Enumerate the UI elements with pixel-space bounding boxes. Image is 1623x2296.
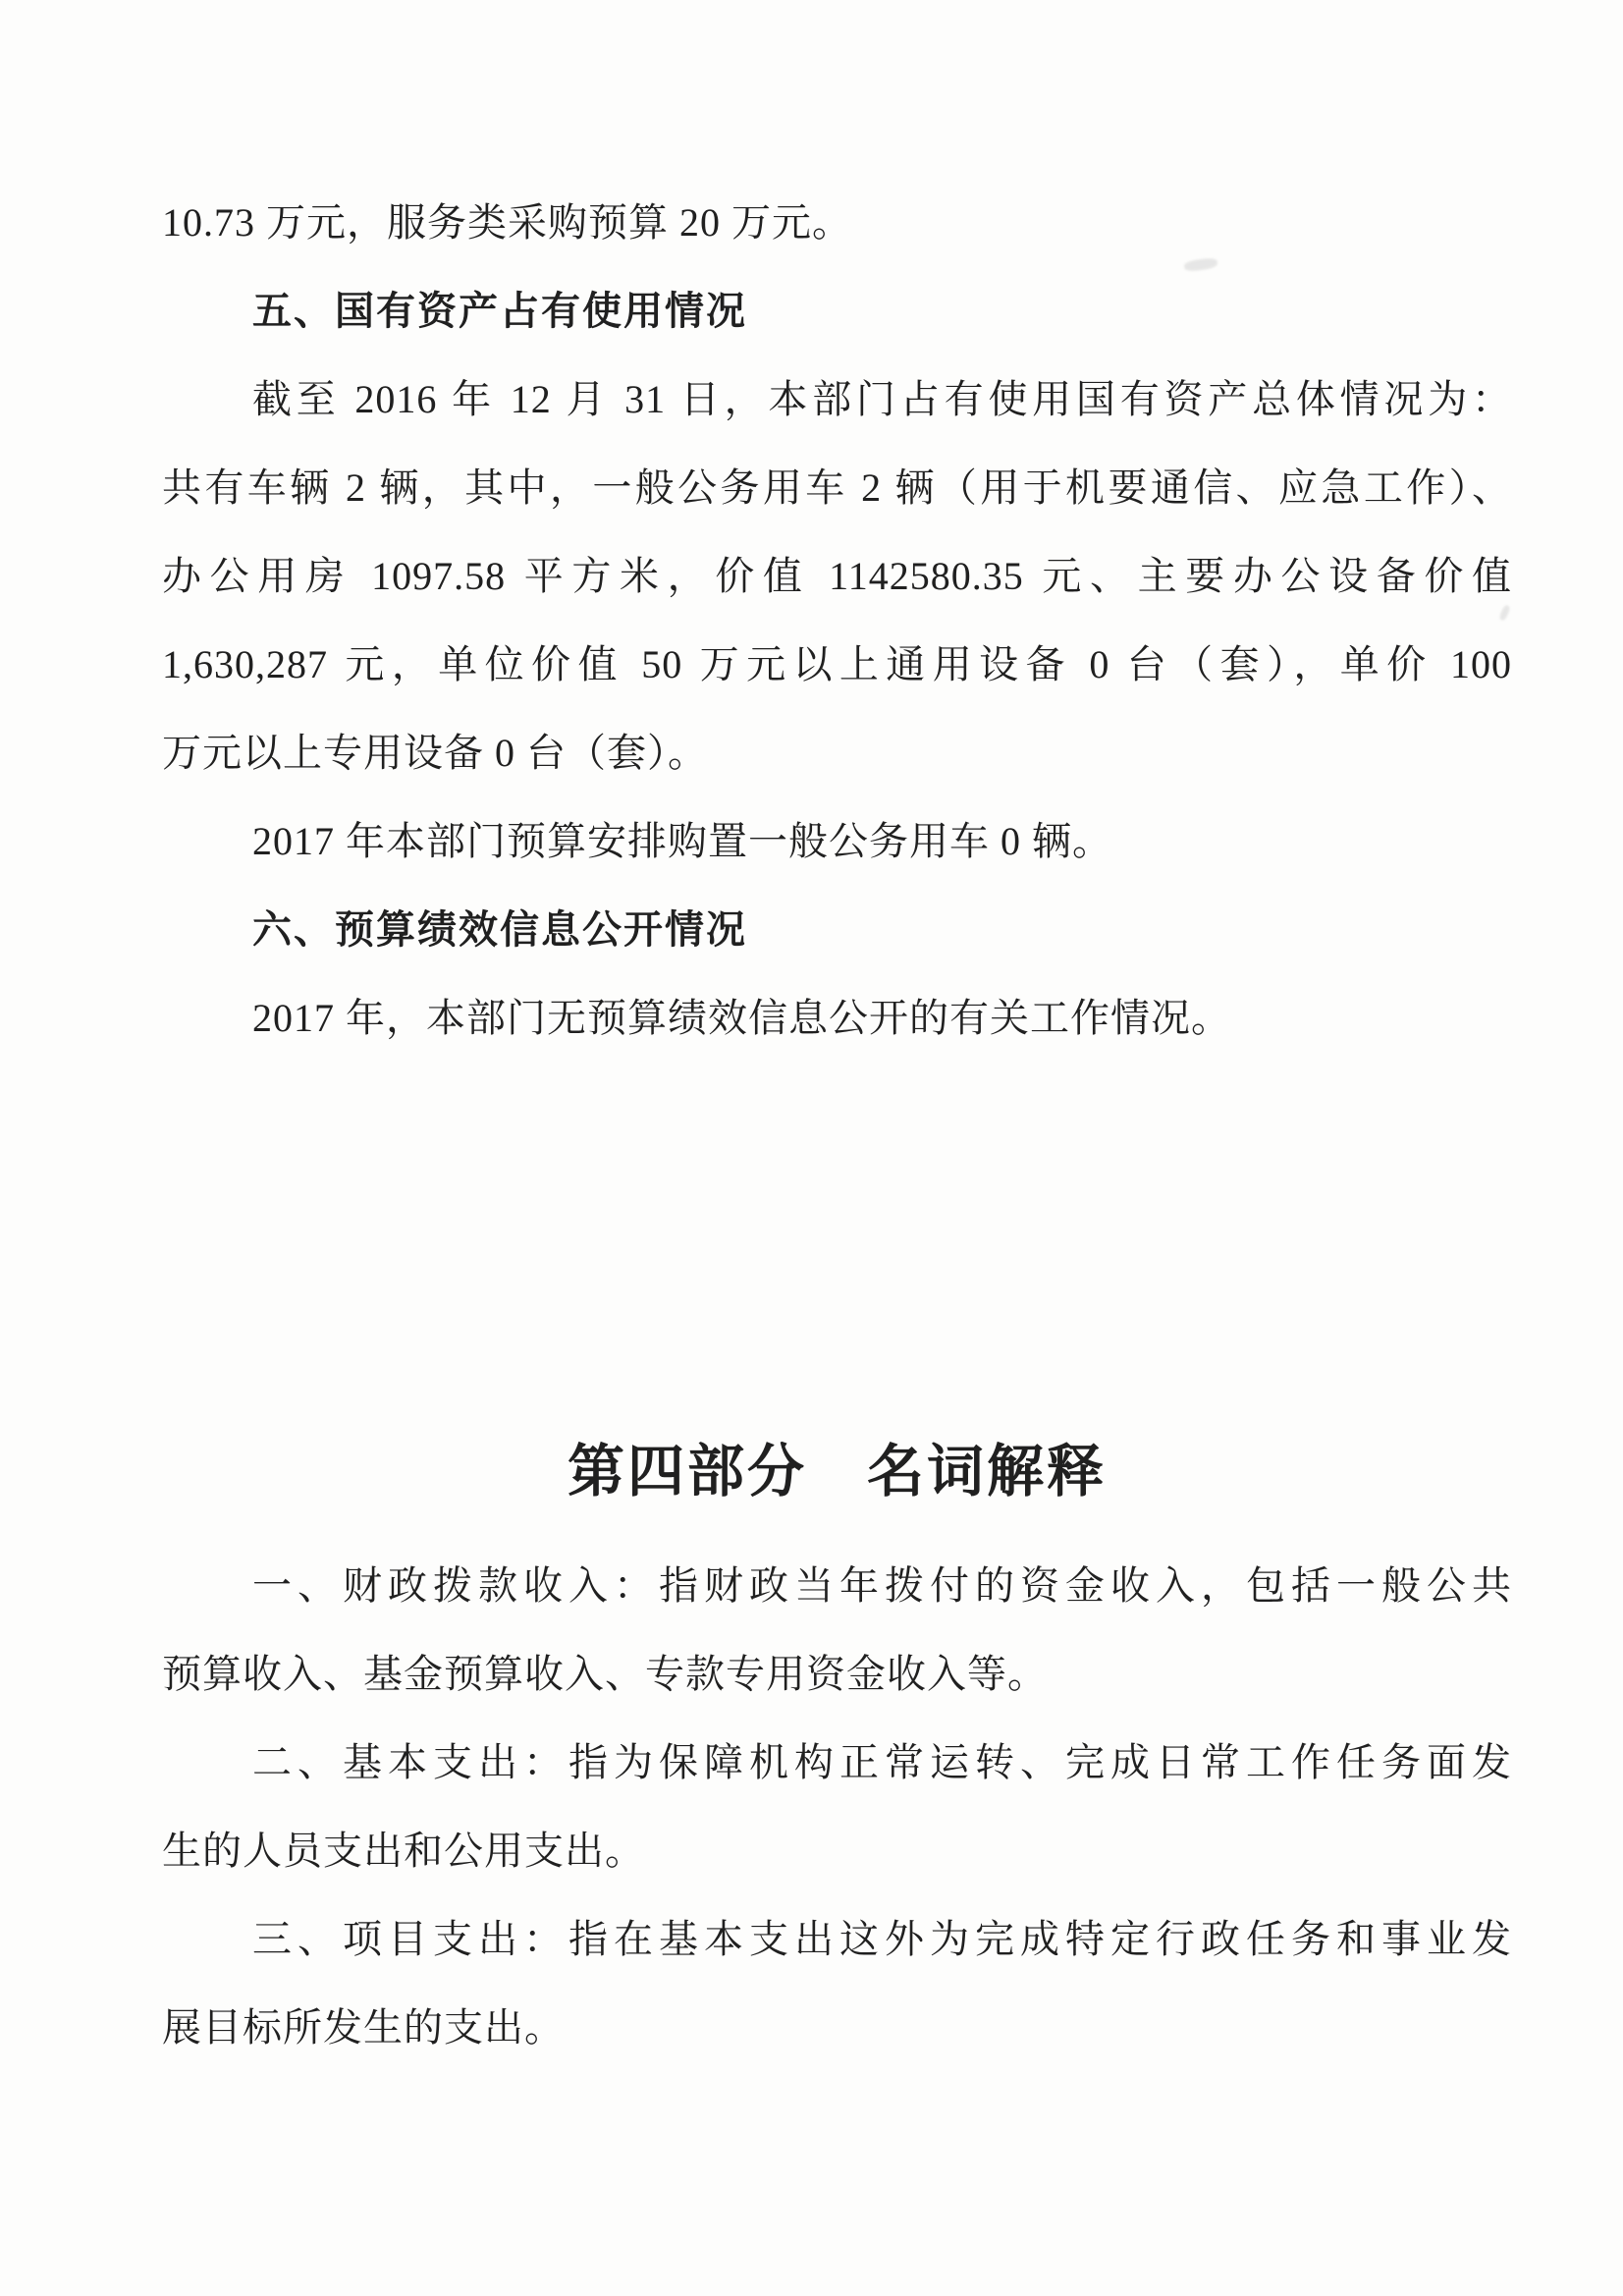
term-definition-line: 生的人员支出和公用支出。 (162, 1807, 1512, 1895)
paragraph-line: 万元以上专用设备 0 台（套）。 (162, 709, 1512, 797)
document-page: 10.73 万元，服务类采购预算 20 万元。 五、国有资产占有使用情况 截至 … (0, 0, 1623, 2296)
paragraph-line: 截至 2016 年 12 月 31 日，本部门占有使用国有资产总体情况为： (162, 355, 1512, 444)
document-body: 10.73 万元，服务类采购预算 20 万元。 五、国有资产占有使用情况 截至 … (162, 179, 1512, 2072)
paragraph-line: 办公用房 1097.58 平方米，价值 1142580.35 元、主要办公设备价… (162, 532, 1512, 621)
paragraph-line: 2017 年本部门预算安排购置一般公务用车 0 辆。 (162, 797, 1512, 886)
paragraph-line: 1,630,287 元，单位价值 50 万元以上通用设备 0 台（套），单价 1… (162, 621, 1512, 709)
term-definition-line: 二、基本支出：指为保障机构正常运转、完成日常工作任务面发 (162, 1719, 1512, 1807)
term-definition-line: 预算收入、基金预算收入、专款专用资金收入等。 (162, 1630, 1512, 1719)
term-definition-line: 三、项目支出：指在基本支出这外为完成特定行政任务和事业发 (162, 1895, 1512, 1984)
paragraph-line: 共有车辆 2 辆，其中，一般公务用车 2 辆（用于机要通信、应急工作）、 (162, 444, 1512, 532)
term-definition-line: 一、财政拨款收入：指财政当年拨付的资金收入，包括一般公共 (162, 1542, 1512, 1630)
term-definition-line: 展目标所发生的支出。 (162, 1984, 1512, 2072)
part-title: 第四部分 名词解释 (162, 1428, 1512, 1516)
paragraph-line: 2017 年，本部门无预算绩效信息公开的有关工作情况。 (162, 974, 1512, 1063)
paragraph-carryover-line: 10.73 万元，服务类采购预算 20 万元。 (162, 179, 1512, 267)
section-heading-5: 五、国有资产占有使用情况 (162, 267, 1512, 355)
section-heading-6: 六、预算绩效信息公开情况 (162, 886, 1512, 974)
